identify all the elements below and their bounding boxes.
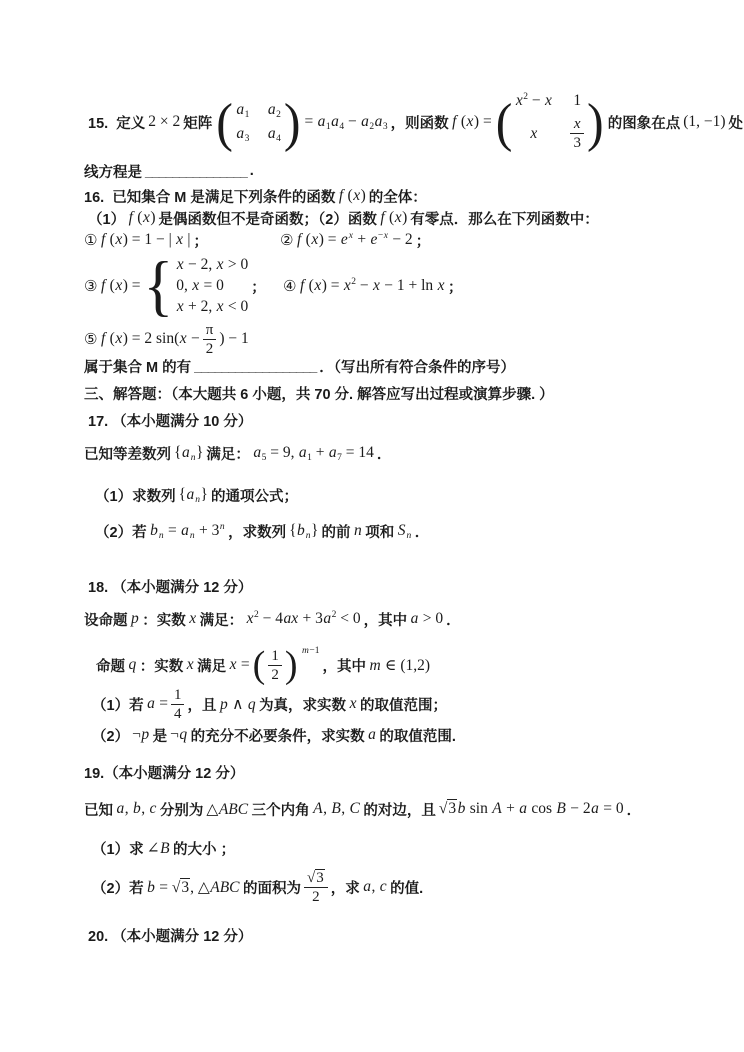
- p16-cond-pre: （1）: [88, 208, 125, 229]
- case-row: 0, x = 0: [176, 277, 224, 295]
- p16-cond-mid: 是偶函数但不是奇函数；（2）函数: [159, 208, 377, 229]
- p18-q1-mid2: 为真，求实数: [259, 694, 346, 715]
- matrix-cell: a4: [267, 125, 281, 144]
- p18-p-mid2: 满足：: [200, 609, 244, 630]
- p18-q-mid3: ，其中: [322, 655, 366, 676]
- p17-q2-mid: ，求数列: [228, 521, 286, 542]
- p19-q1-pre: （1）求: [92, 838, 144, 859]
- matrix-cell: x: [530, 125, 538, 143]
- p18-q2-not-q: ¬q: [170, 726, 188, 744]
- fraction-numerator: x: [570, 115, 584, 134]
- left-paren: (: [496, 99, 513, 145]
- p15-tangent-prompt: 线方程是: [84, 161, 142, 182]
- problem-18-prop-p: 设命题 p ：实数 x 满足： x2 − 4ax + 3a2 < 0 ，其中 a…: [84, 606, 464, 632]
- left-brace: {: [143, 257, 173, 315]
- p16-cond-math1: f (x): [128, 209, 155, 227]
- problem-17-given: 已知等差数列 {an} 满足： a5 = 9, a1 + a7 = 14 ．: [84, 441, 394, 465]
- fraction-sqrt3-over-2: √3 2: [304, 869, 328, 906]
- circled-5: ⑤: [84, 330, 97, 348]
- p18-q2-end: 的取值范围.: [379, 725, 456, 746]
- right-paren: ): [285, 650, 298, 680]
- period: .: [250, 163, 254, 179]
- p18-q1-post: 的取值范围；: [360, 694, 447, 715]
- p17-given-pre: 已知等差数列: [84, 443, 171, 464]
- answer-blank: __________________: [194, 358, 316, 374]
- fraction-denominator: 3: [571, 134, 583, 152]
- matrix-cell: a2: [267, 101, 281, 120]
- p15-fx: f (x) =: [452, 113, 492, 131]
- p18-q2-mid: 是: [153, 725, 168, 746]
- p17-given-equations: a5 = 9, a1 + a7 = 14: [253, 444, 374, 463]
- fraction-numerator: π: [203, 321, 217, 340]
- p16-head-math: f (x): [338, 187, 365, 205]
- separator: ；: [416, 230, 431, 251]
- item-1: ① f (x) = 1 − | x | ；: [84, 230, 277, 251]
- p19-q2-mid2: ，求: [331, 877, 360, 898]
- right-paren: ): [587, 99, 604, 145]
- fraction-denominator: 2: [204, 340, 216, 358]
- p18-q-mid2: 满足: [197, 655, 226, 676]
- separator: ；: [251, 276, 266, 297]
- p16-answer-note: ．（写出所有符合条件的序号）: [319, 356, 515, 377]
- problem-20-heading: 20. （本小题满分 12 分）: [88, 926, 255, 944]
- p19-angles: A, B, C: [313, 800, 361, 818]
- p18-p-mid: ：实数: [142, 609, 186, 630]
- p16-cond-math2: f (x): [380, 209, 407, 227]
- exam-page: 15. 定义 2 × 2 矩阵 ( a1 a2 a3 a4 ) = a1a4 −…: [0, 0, 744, 1052]
- p18-q2-a: a: [368, 726, 377, 744]
- circled-1: ①: [84, 231, 97, 249]
- p19-q1-angle-b: ∠B: [147, 839, 170, 858]
- problem-16-conditions: （1） f (x) 是偶函数但不是奇函数；（2）函数 f (x) 有零点．那么在…: [88, 209, 602, 227]
- p18-inequality: x2 − 4ax + 3a2 < 0: [246, 610, 361, 628]
- problem-18-heading: 18. （本小题满分 12 分）: [88, 577, 255, 595]
- p18-q2-not-p: ¬p: [132, 726, 150, 744]
- p18-p-symbol: p: [131, 610, 140, 628]
- p18-q1-a-equals: a =: [147, 695, 168, 713]
- p18-q-symbol: q: [128, 656, 137, 674]
- p17-head: 17. （本小题满分 10 分）: [88, 410, 252, 431]
- left-paren: (: [216, 99, 233, 145]
- p19-q2-post: 的值.: [390, 877, 423, 898]
- item-4-formula: f (x) = x2 − x − 1 + ln x: [299, 277, 445, 295]
- p18-q-pre: 命题: [96, 655, 125, 676]
- p18-p-pre: 设命题: [84, 609, 128, 630]
- p17-q2-sequence: {bn}: [289, 522, 318, 541]
- item-3: ③ f (x) = { x − 2, x > 0 0, x = 0 x + 2,…: [84, 256, 280, 316]
- p18-q1-p-and-q: p ∧ q: [219, 695, 256, 714]
- case-row: x − 2, x > 0: [176, 256, 248, 274]
- left-paren: (: [253, 650, 266, 680]
- case-row: x + 2, x < 0: [176, 298, 248, 316]
- problem-17-heading: 17. （本小题满分 10 分）: [88, 411, 255, 429]
- circled-4: ④: [283, 277, 296, 295]
- problem-19-q2: （2）若 b = √3, △ABC 的面积为 √3 2 ，求 a, c 的值.: [92, 862, 426, 912]
- fraction-numerator: 1: [268, 647, 282, 666]
- problem-16-answer-line: 属于集合 M 的有 __________________ ．（写出所有符合条件的…: [84, 357, 518, 375]
- problem-16-items-1-2: ① f (x) = 1 − | x | ； ② f (x) = ex + e−x…: [84, 229, 433, 251]
- p18-q1-pre: （1）若: [92, 694, 144, 715]
- p15-tail: 处的切: [729, 112, 744, 133]
- p19-q2-b-value: b = √3, △ABC: [147, 878, 240, 897]
- problem-19-heading: 19.（本小题满分 12 分）: [84, 763, 247, 781]
- p15-then-function: ，则函数: [391, 112, 449, 133]
- fraction-1-over-4: 1 4: [171, 686, 185, 723]
- p18-q1-x: x: [349, 695, 357, 713]
- p17-q2-mid2: 的前: [321, 521, 350, 542]
- circled-3: ③: [84, 277, 97, 295]
- p16-head-pre: 16. 已知集合 M 是满足下列条件的函数: [84, 186, 335, 207]
- p16-head-post: 的全体：: [369, 186, 427, 207]
- p19-q2-pre: （2）若: [92, 877, 144, 898]
- problem-15-line2: 线方程是 _______________ .: [84, 162, 257, 180]
- p17-q2-n: n: [353, 522, 362, 540]
- p19-given-mid3: 的对边，且: [363, 799, 436, 820]
- p19-q1-post: 的大小 ；: [173, 838, 235, 859]
- section-3-title: 三、解答题：（本大题共 6 小题，共 70 分. 解答应写出过程或演算步骤. ）: [84, 383, 554, 404]
- problem-19-q1: （1）求 ∠B 的大小 ；: [92, 836, 238, 860]
- exponent-m-minus-1: m−1: [301, 646, 319, 656]
- fraction-pi-over-2: π 2: [203, 321, 217, 358]
- p18-x-symbol: x: [186, 656, 194, 674]
- matrix-cell: a1: [236, 101, 250, 120]
- p18-p-mid3: ，其中: [364, 609, 408, 630]
- p19-triangle: △ABC: [206, 800, 248, 819]
- matrix-cells: x2 − x 1 x x 3: [513, 92, 586, 152]
- problem-18-q1: （1）若 a = 1 4 ，且 p ∧ q 为真，求实数 x 的取值范围；: [92, 686, 450, 722]
- p19-q2-ac: a, c: [363, 878, 387, 896]
- item-1-formula: f (x) = 1 − | x |: [100, 231, 190, 249]
- circled-2: ②: [280, 231, 293, 249]
- fraction-1-over-2: 1 2: [268, 647, 282, 684]
- p15-word-matrix: 矩阵: [183, 112, 212, 133]
- p17-q2-pre: （2）若: [95, 521, 147, 542]
- p15-graph-at-point: 的图象在点: [608, 112, 681, 133]
- problem-18-q2: （2） ¬p 是 ¬q 的充分不必要条件，求实数 a 的取值范围.: [92, 723, 459, 747]
- p15-number-and-intro: 15. 定义: [88, 112, 145, 133]
- fraction-denominator: 2: [269, 666, 281, 684]
- item-2-formula: f (x) = ex + e−x − 2: [296, 231, 412, 249]
- fraction-numerator: 1: [171, 686, 185, 705]
- p18-q-mid: ：实数: [140, 655, 184, 676]
- answer-blank: _______________: [145, 163, 247, 179]
- p17-given-mid: 满足：: [206, 443, 250, 464]
- matrix-cell: 1: [573, 92, 581, 110]
- p20-head: 20. （本小题满分 12 分）: [88, 925, 252, 946]
- piecewise-cases: x − 2, x > 0 0, x = 0 x + 2, x < 0: [176, 256, 248, 316]
- p17-q2-mid3: 项和: [365, 521, 394, 542]
- matrix-cell: a3: [236, 125, 250, 144]
- problem-19-given: 已知 a, b, c 分别为 △ABC 三个内角 A, B, C 的对边，且 √…: [84, 795, 644, 823]
- item-3-fx: f (x) =: [100, 277, 140, 295]
- problem-18-prop-q: 命题 q ：实数 x 满足 x = ( 1 2 ) m−1 ，其中 m ∈ (1…: [96, 641, 433, 689]
- matrix-function: ( x2 − x 1 x x 3 ): [495, 92, 605, 152]
- p17-q1-post: 的通项公式；: [211, 485, 298, 506]
- p18-q2-pre: （2）: [92, 725, 129, 746]
- p19-given-mid: 分别为: [160, 799, 204, 820]
- fraction-x-over-3: x 3: [570, 115, 584, 152]
- p18-x-equals: x =: [229, 656, 250, 674]
- p16-cond-post: 有零点．那么在下列函数中：: [410, 208, 599, 229]
- fraction-numerator: √3: [304, 869, 328, 888]
- p19-sides: a, b, c: [116, 800, 157, 818]
- p19-head: 19.（本小题满分 12 分）: [84, 762, 244, 783]
- separator: ；: [193, 230, 208, 251]
- p17-q2-formula: bn = an + 3n: [150, 522, 226, 541]
- period: ．: [377, 443, 392, 464]
- item-5-pre: f (x) = 2 sin(x −: [100, 330, 199, 348]
- problem-17-q1: （1）求数列 {an} 的通项公式；: [95, 483, 301, 507]
- problem-16-heading: 16. 已知集合 M 是满足下列条件的函数 f (x) 的全体：: [84, 187, 430, 205]
- matrix-definition: ( a1 a2 a3 a4 ): [215, 101, 301, 144]
- p15-dimension: 2 × 2: [148, 113, 180, 131]
- p18-q2-post: 的充分不必要条件，求实数: [191, 725, 365, 746]
- p18-q1-mid: ，且: [187, 694, 216, 715]
- p18-m-range: m ∈ (1,2): [369, 656, 430, 675]
- fraction-denominator: 2: [310, 888, 322, 906]
- item-5-post: ) − 1: [219, 330, 248, 348]
- p18-x-symbol: x: [189, 610, 197, 628]
- section-3-header: 三、解答题：（本大题共 6 小题，共 70 分. 解答应写出过程或演算步骤. ）: [84, 384, 557, 402]
- p17-q1-pre: （1）求数列: [95, 485, 176, 506]
- p18-head: 18. （本小题满分 12 分）: [88, 576, 252, 597]
- period: ．: [415, 521, 430, 542]
- p19-q2-mid: 的面积为: [243, 877, 301, 898]
- problem-16-item-5: ⑤ f (x) = 2 sin(x − π 2 ) − 1: [84, 320, 252, 358]
- problem-17-q2: （2）若 bn = an + 3n ，求数列 {bn} 的前 n 项和 Sn ．: [95, 518, 432, 544]
- matrix-cells: a1 a2 a3 a4: [234, 101, 283, 144]
- p17-q2-sum: Sn: [397, 522, 412, 541]
- p15-determinant: = a1a4 − a2a3: [305, 113, 388, 132]
- p15-point: (1, −1): [683, 113, 725, 131]
- matrix-cell: x2 − x: [515, 92, 552, 110]
- problem-15-line1: 15. 定义 2 × 2 矩阵 ( a1 a2 a3 a4 ) = a1a4 −…: [88, 82, 744, 162]
- problem-16-items-3-4: ③ f (x) = { x − 2, x > 0 0, x = 0 x + 2,…: [84, 252, 465, 320]
- p17-q1-sequence: {an}: [179, 486, 208, 505]
- p18-a-condition: a > 0: [410, 610, 443, 628]
- p19-given-pre: 已知: [84, 799, 113, 820]
- period: ．: [627, 799, 642, 820]
- p19-given-mid2: 三个内角: [252, 799, 310, 820]
- p19-equation: √3b sin A + a cos B − 2a = 0: [439, 800, 624, 818]
- p17-sequence: {an}: [174, 444, 203, 463]
- right-paren: ): [284, 99, 301, 145]
- fraction-denominator: 4: [172, 705, 184, 723]
- separator: ；: [448, 276, 463, 297]
- p16-answer-prompt: 属于集合 M 的有: [84, 356, 191, 377]
- period: ．: [446, 609, 461, 630]
